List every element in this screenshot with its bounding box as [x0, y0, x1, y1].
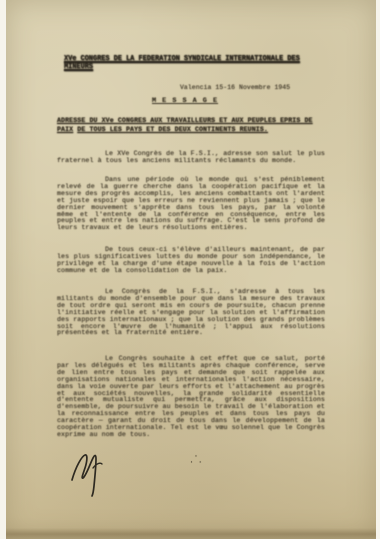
title-line-2: DE TOUS LES PAYS ET DES DEUX CONTINENTS … — [77, 126, 268, 133]
end-mark-bottom-dots: · · — [186, 460, 206, 466]
document-title: ADRESSE DU XVe CONGRES AUX TRAVAILLEURS … — [57, 116, 325, 134]
end-of-text-marks: · · · — [186, 454, 206, 466]
paragraph-4: Le Congrès de la F.S.I., s'adresse à tou… — [57, 289, 325, 337]
paragraph-3: De tous ceux-ci s'élève d'ailleurs maint… — [57, 247, 325, 275]
message-heading: M E S S A G E — [152, 97, 218, 105]
paragraph-1: Le XVe Congrès de la F.S.I., adresse son… — [57, 151, 325, 165]
date-line: Valencia 15-16 Novembre 1945 — [180, 84, 330, 91]
handwritten-signature-mark — [66, 446, 114, 498]
document-header-line: XVe CONGRES DE LA FEDERATION SYNDICALE I… — [64, 55, 326, 71]
scanned-photo-frame: XVe CONGRES DE LA FEDERATION SYNDICALE I… — [0, 0, 380, 539]
paragraph-5: Le Congrès souhaite à cet effet que ce s… — [57, 356, 325, 439]
paragraph-2: Dans une période où le monde qui s'est p… — [57, 177, 325, 232]
paper-bottom-shadow — [6, 528, 376, 539]
